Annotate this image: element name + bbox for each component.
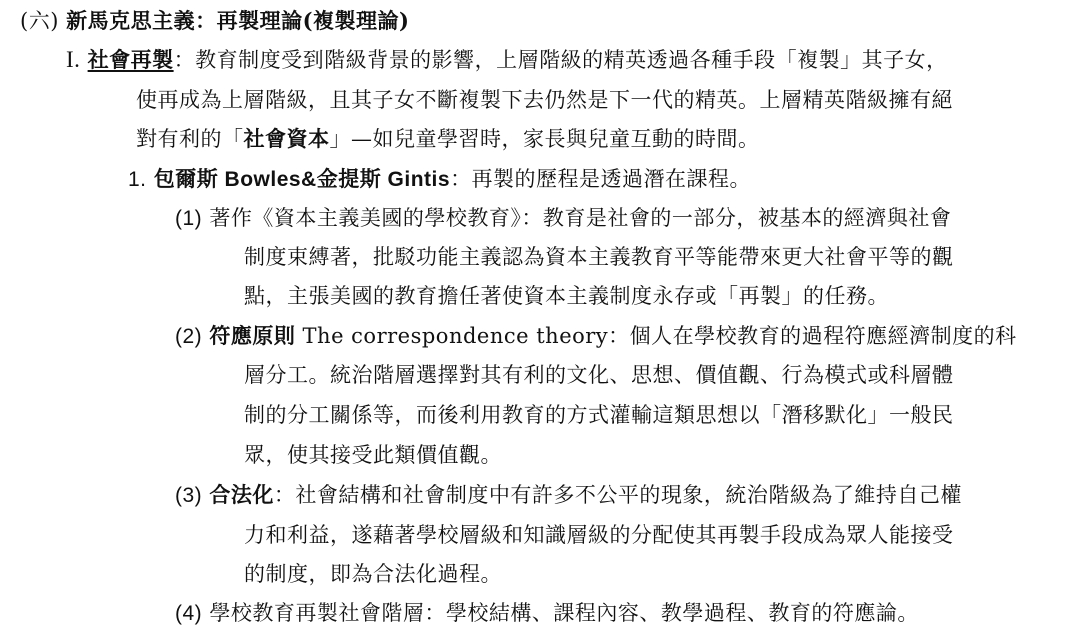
subitem-2-line-1: (2) 符應原則 The correspondence theory：個人在學校… bbox=[175, 321, 1017, 352]
subitem-3-line-1: (3) 合法化：社會結構和社會制度中有許多不公平的現象，統治階級為了維持自己權 bbox=[175, 480, 962, 511]
subitem-2-line-4: 眾，使其接受此類價值觀。 bbox=[244, 440, 502, 470]
subitem-2-text: 眾，使其接受此類價值觀。 bbox=[244, 443, 502, 467]
subitem-3-term: 合法化 bbox=[209, 482, 274, 507]
item-1-text: ：再製的歷程是透過潛在課程。 bbox=[450, 167, 751, 191]
subitem-3-text: 力和利益，遂藉著學校層級和知識層級的分配使其再製手段成為眾人能接受 bbox=[244, 523, 954, 547]
subitem-4-line-1: (4) 學校教育再製社會階層：學校結構、課程內容、教學過程、教育的符應論。 bbox=[175, 598, 919, 629]
subitem-3-marker: (3) bbox=[175, 484, 202, 507]
subitem-3-text: ：社會結構和社會制度中有許多不公平的現象，統治階級為了維持自己權 bbox=[274, 483, 962, 507]
subitem-2-line-2: 層分工。統治階層選擇對其有利的文化、思想、價值觀、行為模式或科層體 bbox=[244, 360, 954, 390]
section-i-text: 」—如兒童學習時，家長與兒童互動的時間。 bbox=[330, 127, 760, 151]
section-i-text: 教育制度受到階級背景的影響，上層階級的精英透過各種手段「複製」其子女， bbox=[195, 48, 948, 72]
subitem-2-text: 層分工。統治階層選擇對其有利的文化、思想、價值觀、行為模式或科層體 bbox=[244, 363, 954, 387]
section-i-marker: I. bbox=[66, 47, 80, 72]
heading-title: 新馬克思主義：再製理論(複製理論) bbox=[66, 8, 409, 33]
subitem-1-line-2: 制度束縛著，批駁功能主義認為資本主義教育平等能帶來更大社會平等的觀 bbox=[244, 242, 954, 272]
subitem-1-text: 著作《資本主義美國的學校教育》：教育是社會的一部分，被基本的經濟與社會 bbox=[209, 206, 951, 230]
item-1-authors: 包爾斯 Bowles&金提斯 Gintis bbox=[154, 168, 450, 191]
section-i-line-2: 使再成為上層階級，且其子女不斷複製下去仍然是下一代的精英。上層精英階級擁有絕 bbox=[136, 85, 953, 115]
heading-marker: (六) bbox=[20, 9, 59, 33]
subitem-3-line-2: 力和利益，遂藉著學校層級和知識層級的分配使其再製手段成為眾人能接受 bbox=[244, 520, 954, 550]
social-capital-term: 社會資本 bbox=[244, 126, 330, 151]
subitem-2-text: 制的分工關係等，而後利用教育的方式灌輸這類思想以「潛移默化」一般民 bbox=[244, 403, 954, 427]
section-i-line-3: 對有利的「社會資本」—如兒童學習時，家長與兒童互動的時間。 bbox=[136, 124, 760, 154]
subitem-1-text: 點，主張美國的教育擔任著使資本主義制度永存或「再製」的任務。 bbox=[244, 284, 889, 308]
section-i-text: 對有利的「 bbox=[136, 127, 244, 151]
subitem-4-marker: (4) bbox=[175, 602, 202, 625]
subitem-4-text: 學校教育再製社會階層：學校結構、課程內容、教學過程、教育的符應論。 bbox=[209, 601, 919, 625]
subitem-2-text: The correspondence theory：個人在學校教育的過程符應經濟… bbox=[295, 324, 1016, 348]
subitem-1-line-1: (1) 著作《資本主義美國的學校教育》：教育是社會的一部分，被基本的經濟與社會 bbox=[175, 203, 951, 234]
subitem-1-text: 制度束縛著，批駁功能主義認為資本主義教育平等能帶來更大社會平等的觀 bbox=[244, 245, 954, 269]
section-i-text: 使再成為上層階級，且其子女不斷複製下去仍然是下一代的精英。上層精英階級擁有絕 bbox=[136, 88, 953, 112]
subitem-2-marker: (2) bbox=[175, 325, 202, 348]
section-i-colon: ： bbox=[174, 48, 196, 72]
subitem-3-text: 的制度，即為合法化過程。 bbox=[244, 562, 502, 586]
subitem-3-line-3: 的制度，即為合法化過程。 bbox=[244, 559, 502, 589]
subitem-1-line-3: 點，主張美國的教育擔任著使資本主義制度永存或「再製」的任務。 bbox=[244, 281, 889, 311]
item-1: 1. 包爾斯 Bowles&金提斯 Gintis：再製的歷程是透過潛在課程。 bbox=[128, 164, 751, 195]
subitem-2-term: 符應原則 bbox=[209, 323, 295, 348]
section-i-term: 社會再製 bbox=[88, 47, 174, 72]
subitem-2-line-3: 制的分工關係等，而後利用教育的方式灌輸這類思想以「潛移默化」一般民 bbox=[244, 400, 954, 430]
section-i-line-1: I. 社會再製：教育制度受到階級背景的影響，上層階級的精英透過各種手段「複製」其… bbox=[66, 45, 948, 75]
item-1-marker: 1. bbox=[128, 168, 147, 191]
section-heading: (六) 新馬克思主義：再製理論(複製理論) bbox=[20, 6, 409, 36]
subitem-1-marker: (1) bbox=[175, 207, 202, 230]
